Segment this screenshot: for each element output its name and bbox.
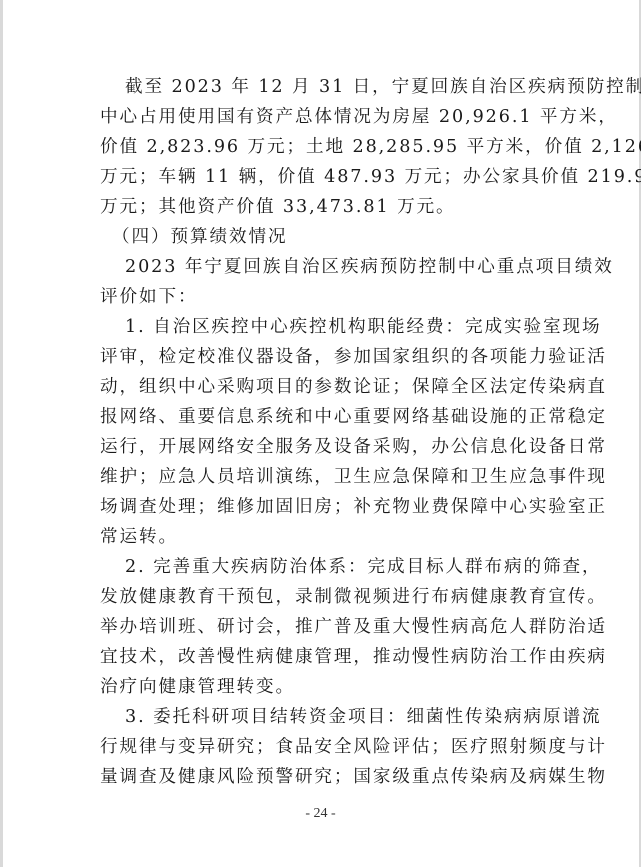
section-heading-budget-performance: （四）预算绩效情况 [100,222,543,252]
page-edge-left [0,0,3,867]
text-line: 量调查及健康风险预警研究；国家级重点传染病及病媒生物 [100,762,543,792]
text-line: 万元；其他资产价值 33,473.81 万元。 [100,192,543,222]
text-line: 1. 自治区疾控中心疾控机构职能经费：完成实验室现场 [100,312,543,342]
text-line: 维护；应急人员培训演练，卫生应急保障和卫生应急事件现 [100,462,543,492]
text-line: 发放健康教育干预包，录制微视频进行布病健康教育宣传。 [100,582,543,612]
text-line: 中心占用使用国有资产总体情况为房屋 20,926.1 平方米， [100,102,543,132]
performance-intro-paragraph: 2023 年宁夏回族自治区疾病预防控制中心重点项目绩效 评价如下： [100,252,543,312]
text-line: 行规律与变异研究；食品安全风险评估；医疗照射频度与计 [100,732,543,762]
section-heading: （四）预算绩效情况 [100,222,543,252]
text-line: 常运转。 [100,522,543,552]
text-line: 万元；车辆 11 辆，价值 487.93 万元；办公家具价值 219.99 [100,162,543,192]
text-line: 价值 2,823.96 万元；土地 28,285.95 平方米，价值 2,126… [100,132,543,162]
text-line: 3. 委托科研项目结转资金项目：细菌性传染病病原谱流 [100,702,543,732]
text-line: 报网络、重要信息系统和中心重要网络基础设施的正常稳定 [100,402,543,432]
text-line: 评价如下： [100,282,543,312]
item-1-paragraph: 1. 自治区疾控中心疾控机构职能经费：完成实验室现场 评审，检定校准仪器设备，参… [100,312,543,552]
item-3-paragraph: 3. 委托科研项目结转资金项目：细菌性传染病病原谱流 行规律与变异研究；食品安全… [100,702,543,792]
text-line: 治疗向健康管理转变。 [100,672,543,702]
document-page: 截至 2023 年 12 月 31 日，宁夏回族自治区疾病预防控制 中心占用使用… [100,72,543,792]
page-number: - 24 - [0,806,641,822]
text-line: 截至 2023 年 12 月 31 日，宁夏回族自治区疾病预防控制 [100,72,543,102]
item-2-paragraph: 2. 完善重大疾病防治体系：完成目标人群布病的筛查， 发放健康教育干预包，录制微… [100,552,543,702]
text-line: 2. 完善重大疾病防治体系：完成目标人群布病的筛查， [100,552,543,582]
text-line: 动，组织中心采购项目的参数论证；保障全区法定传染病直 [100,372,543,402]
text-line: 宜技术，改善慢性病健康管理，推动慢性病防治工作由疾病 [100,642,543,672]
text-line: 2023 年宁夏回族自治区疾病预防控制中心重点项目绩效 [100,252,543,282]
text-line: 运行，开展网络安全服务及设备采购，办公信息化设备日常 [100,432,543,462]
text-line: 举办培训班、研讨会，推广普及重大慢性病高危人群防治适 [100,612,543,642]
text-line: 场调查处理；维修加固旧房；补充物业费保障中心实验室正 [100,492,543,522]
text-line: 评审，检定校准仪器设备，参加国家组织的各项能力验证活 [100,342,543,372]
asset-summary-paragraph: 截至 2023 年 12 月 31 日，宁夏回族自治区疾病预防控制 中心占用使用… [100,72,543,222]
